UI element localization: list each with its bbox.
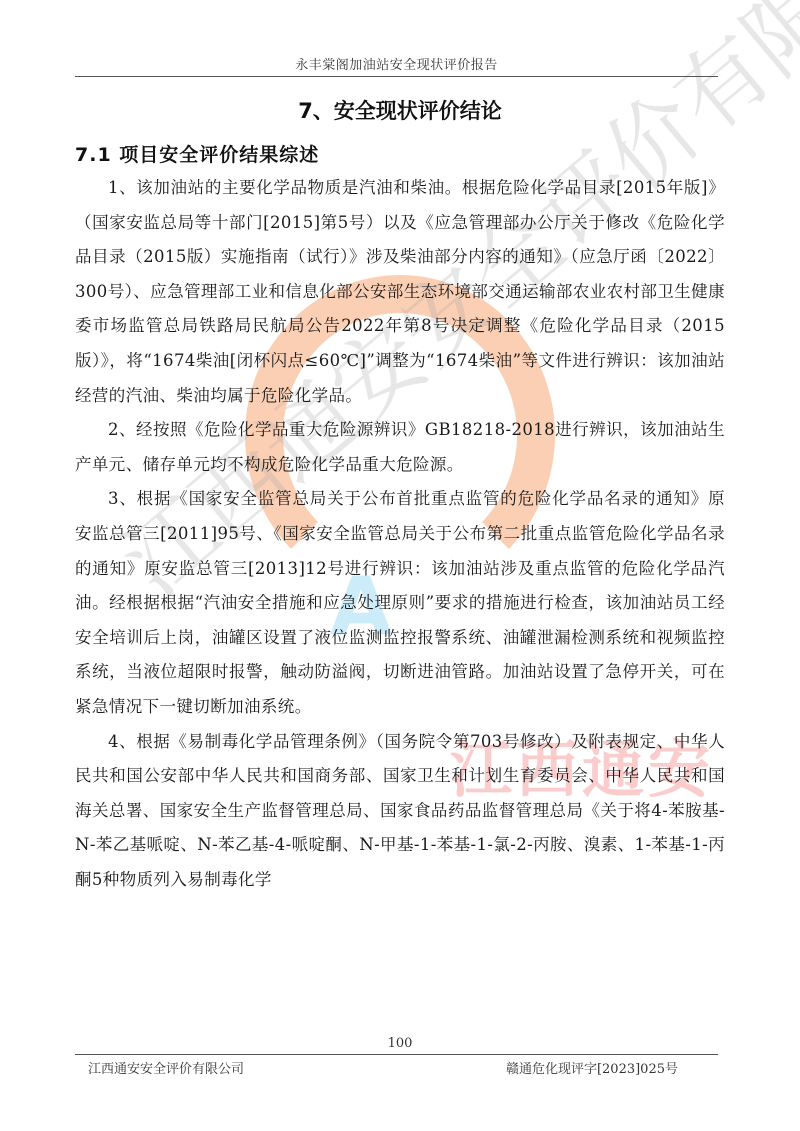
- running-header: 永丰棠阁加油站安全现状评价报告: [75, 54, 718, 73]
- section-title: 7.1 项目安全评价结果综述: [75, 140, 319, 167]
- document-page: A 江西通安安全评价有限公司 江西通安 永丰棠阁加油站安全现状评价报告 7、安全…: [0, 0, 800, 1131]
- footer-divider: [75, 1054, 718, 1055]
- chapter-title: 7、安全现状评价结论: [0, 95, 800, 125]
- footer-company: 江西通安安全评价有限公司: [88, 1058, 244, 1077]
- paragraph-1: 1、该加油站的主要化学品物质是汽油和柴油。根据危险化学品目录[2015年版]》（…: [75, 171, 725, 413]
- body-text: 1、该加油站的主要化学品物质是汽油和柴油。根据危险化学品目录[2015年版]》（…: [75, 171, 725, 897]
- header-divider: [75, 76, 718, 77]
- footer-report-code: 赣通危化现评字[2023]025号: [506, 1058, 678, 1077]
- paragraph-2: 2、经按照《危险化学品重大危险源辨识》GB18218-2018进行辨识，该加油站…: [75, 413, 725, 482]
- paragraph-3: 3、根据《国家安全监管总局关于公布首批重点监管的危险化学品名录的通知》原安监总管…: [75, 482, 725, 724]
- paragraph-4: 4、根据《易制毒化学品管理条例》（国务院令第703号修改）及附表规定、中华人民共…: [75, 725, 725, 898]
- page-number: 100: [0, 1036, 800, 1051]
